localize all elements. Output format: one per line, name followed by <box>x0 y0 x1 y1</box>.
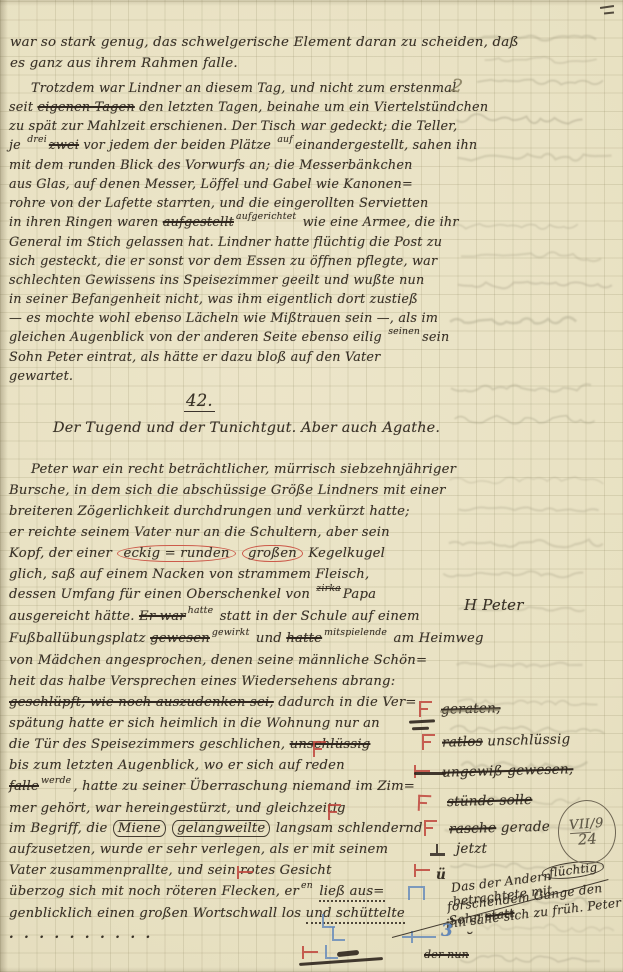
manuscript-text-segment: im Begriff, die <box>9 821 112 836</box>
breve-mark: ˘ <box>464 930 473 950</box>
ink-dash-mark <box>414 772 446 775</box>
red-insertion-mark-icon <box>422 734 435 750</box>
stamp-page: 24 <box>578 831 598 848</box>
manuscript-text-segment: ließ aus= <box>319 884 384 902</box>
manuscript-text-segment: unschlüssig <box>483 731 571 749</box>
manuscript-text-segment: mit dem runden Blick des Vorwurfs an; di… <box>9 158 413 173</box>
manuscript-text-segment: rohre von der Lafette starrten, und die … <box>9 196 428 211</box>
manuscript-text-segment: langsam schlendernd <box>271 821 422 836</box>
manuscript-line: Kopf, der einer eckig = runden großen Ke… <box>9 544 484 565</box>
manuscript-text-segment: eckig = runden <box>117 545 235 562</box>
manuscript-text-segment: schlechten Gewissens ins Speisezimmer ge… <box>9 273 424 288</box>
manuscript-line: Fußballübungsplatz gewesengewirkt und ha… <box>9 629 484 651</box>
umlaut-note: ü <box>436 867 446 883</box>
manuscript-text-segment: je <box>9 138 25 153</box>
manuscript-line: fallewerde, hatte zu seiner Überraschung… <box>9 777 484 799</box>
manuscript-text-segment: in seiner Befangenheit nicht, was ihm ei… <box>9 292 418 307</box>
manuscript-text-segment: heit das halbe Versprechen eines Wieders… <box>9 674 395 689</box>
manuscript-line: Bursche, in dem sich die abschüssige Grö… <box>9 481 484 502</box>
manuscript-line: genblicklich einen großen Wortschwall lo… <box>9 904 484 925</box>
page-left-edge <box>0 0 8 972</box>
manuscript-text-segment: am Heimweg <box>389 631 484 646</box>
blue-corner-mark-icon <box>325 945 338 959</box>
manuscript-line: geschlüpft, wie noch auszudenken sei, da… <box>9 693 484 714</box>
manuscript-text-segment: einandergestellt, sahen ihn <box>295 138 477 153</box>
margin-revision-item: rasche gerade <box>449 819 550 838</box>
manuscript-text-segment: Peter war ein recht beträchtlicher, mürr… <box>31 462 456 477</box>
manuscript-text-segment: geschlüpft, wie noch auszudenken sei, <box>9 695 274 710</box>
manuscript-text-segment: gewirkt <box>212 623 250 644</box>
manuscript-text-segment: Trotzdem war Lindner an diesem Tag, und … <box>31 81 456 96</box>
manuscript-line: in seiner Befangenheit nicht, was ihm ei… <box>9 290 488 309</box>
red-insertion-mark-icon <box>418 795 432 811</box>
manuscript-text-segment: gleichen Augenblick von der anderen Seit… <box>9 330 386 345</box>
page-top-edge <box>0 0 623 6</box>
manuscript-text-segment: aus Glas, auf denen Messer, Löffel und G… <box>9 177 413 192</box>
manuscript-text-segment: mer gehört, war hereingestürzt, und <box>9 801 266 816</box>
chapter-title: Der Tugend und der Tunichtgut. Aber auch… <box>53 420 440 436</box>
manuscript-text-segment <box>167 821 171 836</box>
jetzt-note: jetzt <box>456 841 487 857</box>
manuscript-text-segment: vor jedem der beiden Plätze <box>79 138 275 153</box>
manuscript-text-segment: genblicklich einen großen Wortschwall lo… <box>9 906 306 921</box>
manuscript-text-segment: stünde solle <box>447 792 533 810</box>
manuscript-line: es ganz aus ihrem Rahmen falle. <box>10 53 519 74</box>
manuscript-text-segment: seinen <box>388 322 420 341</box>
manuscript-line: schlechten Gewissens ins Speisezimmer ge… <box>9 271 488 290</box>
manuscript-line: seit eigenen Tagen den letzten Tagen, be… <box>9 98 488 117</box>
manuscript-text-segment: die Tür des Speisezimmers geschlichen, <box>9 737 290 752</box>
manuscript-text-segment: überzog sich mit noch röteren Flecken, e… <box>9 884 299 899</box>
manuscript-text-segment: Sohn Peter eintrat, als hätte er dazu bl… <box>9 350 380 365</box>
manuscript-line: mer gehört, war hereingestürzt, und glei… <box>9 799 484 820</box>
manuscript-text-segment: er reichte seinem Vater nur an die Schul… <box>9 525 390 540</box>
manuscript-line: die Tür des Speisezimmers geschlichen, u… <box>9 735 484 756</box>
margin-revision-item: stünde solle <box>447 792 533 810</box>
manuscript-line: in ihren Ringen waren aufgestelltaufgeri… <box>9 213 488 233</box>
manuscript-line: aufzusetzen, wurde er sehr verlegen, als… <box>9 840 484 861</box>
manuscript-text-segment: Kegelkugel <box>304 546 385 561</box>
manuscript-text-segment: zwei <box>49 138 79 153</box>
manuscript-text-segment: es ganz aus ihrem Rahmen falle. <box>10 56 238 71</box>
manuscript-text-segment: Er war <box>139 609 186 624</box>
manuscript-line: General im Stich gelassen hat. Lindner h… <box>9 233 488 252</box>
manuscript-line: Peter war ein recht beträchtlicher, mürr… <box>9 460 484 481</box>
manuscript-text-segment: spätung hatte er sich heimlich in die Wo… <box>9 716 380 731</box>
manuscript-text-segment: breiteren Zögerlichkeit durchdrungen und… <box>9 504 410 519</box>
manuscript-text-segment: dadurch in die Ver= <box>274 695 417 710</box>
manuscript-line: mit dem runden Blick des Vorwurfs an; di… <box>9 156 488 175</box>
manuscript-text-segment: auf <box>277 130 293 149</box>
manuscript-page: war so stark genug, das schwelgerische E… <box>0 0 623 972</box>
blue-number-note: 3 <box>441 921 453 941</box>
manuscript-text-segment: , hatte zu seiner Überraschung niemand i… <box>73 779 415 794</box>
manuscript-text-segment: . . . . . . . . . . <box>9 927 153 942</box>
red-insertion-mark-icon <box>424 820 437 836</box>
manuscript-text-segment: glich, saß auf einem Nacken von strammem… <box>9 567 369 582</box>
manuscript-text-segment: gelangweilte <box>172 820 270 837</box>
manuscript-text-segment: Kopf, der einer <box>9 546 116 561</box>
manuscript-line: Sohn Peter eintrat, als hätte er dazu bl… <box>9 348 488 367</box>
manuscript-text-segment: — es mochte wohl ebenso Lächeln wie Mißt… <box>9 311 438 326</box>
manuscript-text-segment: Papa <box>343 587 376 602</box>
manuscript-text-segment: Bursche, in dem sich die abschüssige Grö… <box>9 483 446 498</box>
struck-note: der nun <box>424 948 469 961</box>
manuscript-text-segment: statt in der Schule auf einem <box>215 609 419 624</box>
manuscript-text-segment: seit <box>9 100 37 115</box>
manuscript-text-segment: sich gesteckt, die er sonst vor dem Esse… <box>9 254 437 269</box>
manuscript-text-segment: mitspielende <box>324 623 387 644</box>
blue-corner-mark-icon <box>322 914 335 928</box>
manuscript-text-segment: zirka <box>316 579 341 600</box>
red-insertion-mark-icon <box>328 804 341 820</box>
page-bottom-edge <box>0 967 623 972</box>
manuscript-text-segment: gerade <box>496 819 550 836</box>
manuscript-text-segment: war so stark genug, das schwelgerische E… <box>10 35 519 50</box>
manuscript-line: je dreizwei vor jedem der beiden Plätze … <box>9 136 488 156</box>
blue-gate-mark-icon <box>408 886 425 900</box>
manuscript-line: breiteren Zögerlichkeit durchdrungen und… <box>9 502 484 523</box>
chapter-number: 42. <box>184 391 215 412</box>
paragraph-opening: war so stark genug, das schwelgerische E… <box>10 32 519 74</box>
manuscript-text-segment <box>237 546 241 561</box>
stamp-signature: VII/9 <box>569 815 605 832</box>
manuscript-text-segment: Fußballübungsplatz <box>9 631 150 646</box>
manuscript-line: spätung hatte er sich heimlich in die Wo… <box>9 714 484 735</box>
manuscript-text-segment: hatte <box>286 631 322 646</box>
manuscript-text-segment: aufgestellt <box>163 215 234 230</box>
manuscript-line: war so stark genug, das schwelgerische E… <box>10 32 519 53</box>
manuscript-text-segment: werde <box>41 771 71 792</box>
manuscript-line: aus Glas, auf denen Messer, Löffel und G… <box>9 175 488 194</box>
manuscript-text-segment: aufgerichtet <box>236 207 296 226</box>
manuscript-text-segment: ausgereicht hätte. <box>9 609 139 624</box>
manuscript-line: glich, saß auf einem Nacken von strammem… <box>9 565 484 586</box>
manuscript-text-segment: unschlüssig <box>290 737 371 752</box>
manuscript-text-segment: gewartet. <box>9 369 73 384</box>
manuscript-text-segment: en <box>301 876 313 897</box>
manuscript-line: gewartet. <box>9 367 488 386</box>
paragraph-scene: Trotzdem war Lindner an diesem Tag, und … <box>9 79 488 386</box>
manuscript-text-segment: zu spät zur Mahlzeit erschienen. Der Tis… <box>9 119 457 134</box>
manuscript-text-segment: großen <box>242 545 303 562</box>
manuscript-text-segment: sein <box>422 330 449 345</box>
manuscript-line: zu spät zur Mahlzeit erschienen. Der Tis… <box>9 117 488 136</box>
manuscript-text-segment: von Mädchen angesprochen, denen seine mä… <box>9 653 427 668</box>
manuscript-text-segment: eigenen Tagen <box>37 100 134 115</box>
manuscript-line: heit das halbe Versprechen eines Wieders… <box>9 672 484 693</box>
margin-revision-item: ratlos unschlüssig <box>442 731 571 750</box>
manuscript-line: er reichte seinem Vater nur an die Schul… <box>9 523 484 544</box>
manuscript-text-segment: wie eine Armee, die ihr <box>298 215 458 230</box>
manuscript-text-segment: drei <box>27 130 47 149</box>
red-insertion-mark-icon <box>414 864 431 877</box>
manuscript-text-segment: rasche <box>449 820 497 837</box>
red-insertion-mark-icon <box>302 946 319 959</box>
manuscript-line: bis zum letzten Augenblick, wo er sich a… <box>9 756 484 777</box>
ink-tack-mark-icon <box>430 844 446 856</box>
blue-corner-mark-icon <box>332 927 345 941</box>
manuscript-line: Trotzdem war Lindner an diesem Tag, und … <box>9 79 488 98</box>
manuscript-line: im Begriff, die Miene gelangweilte langs… <box>9 819 484 840</box>
manuscript-text-segment: Miene <box>113 820 166 837</box>
manuscript-text-segment: Vater zusammenprallte, und sein rotes Ge… <box>9 863 332 878</box>
manuscript-line: von Mädchen angesprochen, denen seine mä… <box>9 651 484 672</box>
manuscript-text-segment: ratlos <box>442 734 483 751</box>
manuscript-text-segment: und <box>252 631 287 646</box>
manuscript-text-segment: in ihren Ringen waren <box>9 215 163 230</box>
manuscript-text-segment: den letzten Tagen, beinahe um ein Vierte… <box>135 100 488 115</box>
red-insertion-mark-icon <box>313 741 326 757</box>
manuscript-text-segment: aufzusetzen, wurde er sehr verlegen, als… <box>9 842 388 857</box>
manuscript-line: sich gesteckt, die er sonst vor dem Esse… <box>9 252 488 271</box>
manuscript-text-segment: falle <box>9 779 39 794</box>
manuscript-line: gleichen Augenblick von der anderen Seit… <box>9 328 488 348</box>
manuscript-text-segment: hatte <box>188 601 214 622</box>
h-peter-note: H Peter <box>464 596 524 614</box>
manuscript-text-segment: und schüttelte <box>306 906 405 924</box>
manuscript-text-segment: General im Stich gelassen hat. Lindner h… <box>9 235 442 250</box>
manuscript-text-segment: gewesen <box>150 631 210 646</box>
red-insertion-mark-icon <box>419 701 432 717</box>
manuscript-text-segment: dessen Umfang für einen Oberschenkel von <box>9 587 314 602</box>
manuscript-line: dessen Umfang für einen Oberschenkel von… <box>9 585 484 607</box>
red-insertion-mark-icon <box>237 866 254 879</box>
